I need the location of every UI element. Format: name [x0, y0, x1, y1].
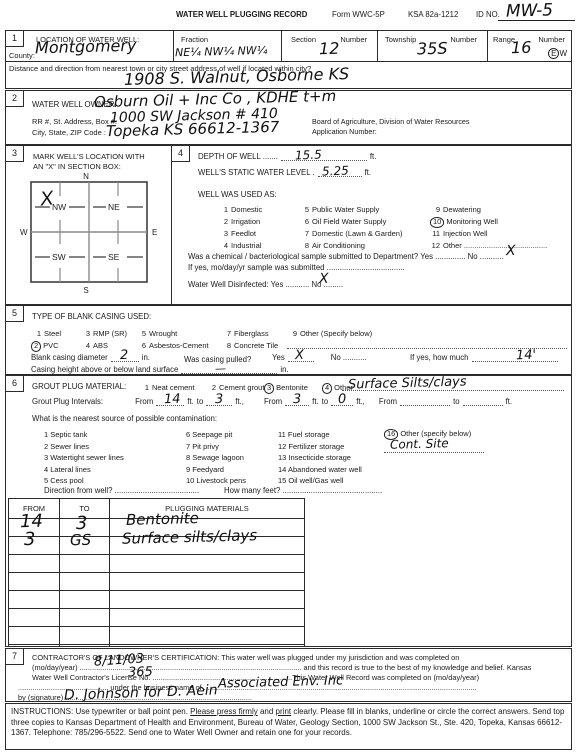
swl-field: 5.25: [318, 167, 362, 177]
interval2-to-handwritten: 0: [338, 392, 347, 407]
use-number: 5: [299, 204, 309, 216]
casing-option-other: 9Other (Specify below): [287, 328, 372, 340]
casing-label: ABS: [93, 341, 108, 350]
use-number-circled: 10: [430, 217, 444, 228]
section6-title: GROUT PLUG MATERIAL:: [32, 382, 126, 391]
grout-number-circled: 4: [322, 383, 332, 394]
grout-intervals-line: Grout Plug Intervals: From14ft. to3ft., …: [32, 396, 512, 406]
contamination-item: 13 Insecticide storage: [278, 452, 362, 464]
uses-column-1: 1Domestic 2Irrigation 3Feedlot 4Industri…: [218, 204, 262, 252]
casing-number: 4: [80, 340, 90, 352]
casing-label: Concrete Tile: [234, 341, 278, 350]
interval3-to-field: [463, 396, 503, 406]
section6-number-badge: 6: [6, 376, 24, 392]
to-label: to: [453, 397, 460, 406]
to-label: to: [197, 397, 204, 406]
how-many-feet-label: How many feet? .........................…: [224, 486, 382, 495]
instructions-text: and: [258, 707, 276, 716]
ft-unit: ft.: [312, 397, 319, 406]
well-location-x-mark: X: [38, 187, 55, 210]
casing-label: RMP (SR): [93, 329, 127, 338]
section2-number-badge: 2: [6, 91, 24, 107]
casing-height-unit: in.: [280, 365, 288, 374]
use-option: 3Feedlot: [218, 228, 262, 240]
quadrant-sw-label: SW: [52, 252, 66, 262]
use-number: 11: [430, 228, 440, 240]
form-title: WATER WELL PLUGGING RECORD: [176, 10, 307, 19]
casing-height-dash-handwritten: —: [215, 362, 226, 375]
range-east-circled: E: [548, 48, 559, 59]
table-row: [9, 573, 305, 591]
casing-diameter-line: Blank casing diameter2in.: [31, 352, 150, 362]
disinfected-no-x-handwritten: X: [319, 271, 329, 287]
quadrant-ne-label: NE: [108, 202, 120, 212]
compass-n-label: N: [83, 172, 89, 181]
county-value-handwritten: Montgomery: [35, 36, 137, 58]
depth-unit: ft.: [370, 152, 377, 161]
city-label: City, State, ZIP Code :: [32, 128, 106, 137]
row2-to-handwritten: GS: [70, 531, 92, 550]
address-label: RR #, St. Address, Box #:: [32, 117, 117, 126]
county-label: County:: [9, 51, 35, 60]
use-number: 2: [218, 216, 228, 228]
section5-casing-box: 5 TYPE OF BLANK CASING USED: 1Steel 2PVC…: [5, 305, 572, 375]
table-row: [9, 555, 305, 573]
use-label: Injection Well: [443, 229, 487, 238]
direction-from-well-label: Direction from well? ...................…: [44, 486, 199, 495]
use-number: 3: [218, 228, 228, 240]
agency-label: Board of Agriculture, Division of Water …: [312, 117, 470, 126]
section7-number-badge: 7: [6, 649, 24, 665]
quadrant-se-label: SE: [108, 252, 120, 262]
casing-col-4: 7Fiberglass 8Concrete Tile: [221, 328, 278, 352]
contamination-col-2: 6 Seepage pit 7 Pit privy 8 Sewage lagoo…: [186, 429, 246, 487]
casing-number: 6: [136, 340, 146, 352]
form-number: Form WWC-5P: [332, 10, 385, 19]
no-label: No ...........: [331, 353, 367, 362]
diameter-unit: in.: [142, 353, 150, 362]
contamination-item: 11 Fuel storage: [278, 429, 362, 441]
casing-number-circled: 2: [31, 341, 41, 352]
ft-unit: ft.: [506, 397, 513, 406]
swl-label: WELL'S STATIC WATER LEVEL .: [198, 168, 315, 177]
chemical-sample-question: Was a chemical / bacteriological sample …: [188, 252, 504, 261]
diameter-value-handwritten: 2: [119, 348, 128, 363]
interval3-from-field: [400, 396, 450, 406]
interval1-from-field: 14: [156, 396, 184, 406]
use-number: 12: [430, 240, 440, 252]
contamination-item: 9 Feedyard: [186, 464, 246, 476]
yes-field: X: [288, 352, 314, 362]
grout-other-dotted-line: [342, 382, 564, 391]
use-number: 4: [218, 240, 228, 252]
section-box-diagram: NW NE SW SE N S W E X: [6, 170, 171, 302]
contamination-item: 4 Lateral lines: [44, 464, 124, 476]
row2-from-handwritten: 3: [24, 529, 36, 550]
how-much-field: 14': [472, 352, 558, 362]
section-number-label: Number: [340, 35, 367, 44]
depth-field: 15.5: [281, 151, 367, 161]
casing-number: 9: [287, 328, 297, 340]
casing-option: 5Wrought: [136, 328, 209, 340]
fraction-value-handwritten: NE¼ NW¼ NW¼: [175, 44, 268, 59]
contamination-col-3: 11 Fuel storage 12 Fertilizer storage 13…: [278, 429, 362, 487]
uses-column-3: 9Dewatering 10Monitoring Well 11Injectio…: [430, 204, 547, 252]
section3-title-line1: MARK WELL'S LOCATION WITH: [33, 152, 145, 161]
contamination-16-dotted-line: [384, 444, 484, 453]
static-water-level-line: WELL'S STATIC WATER LEVEL .5.25ft.: [198, 167, 371, 177]
row2-material-handwritten: Surface silts/clays: [122, 526, 258, 548]
from-label: From: [379, 397, 397, 406]
section-label: Section: [291, 35, 316, 44]
diameter-field: 2: [111, 352, 139, 362]
use-label: Domestic (Lawn & Garden): [312, 229, 402, 238]
casing-option: 7Fiberglass: [221, 328, 278, 340]
contamination-question: What is the nearest source of possible c…: [32, 414, 217, 423]
interval2-from-field: 3: [285, 396, 309, 406]
interval2-from-handwritten: 3: [293, 392, 302, 407]
well-used-as-label: WELL WAS USED AS:: [198, 190, 277, 199]
casing-col-3: 5Wrought 6Asbestos-Cement: [136, 328, 209, 352]
grout-number: 2: [206, 383, 216, 392]
range-east-west: EW: [548, 48, 567, 59]
ft-unit: ft.,: [356, 397, 365, 406]
section4-well-details: 4 DEPTH OF WELL .......15.5ft. WELL'S ST…: [171, 146, 571, 304]
casing-height-label: Casing height above or below land surfac…: [31, 365, 178, 374]
diameter-label: Blank casing diameter: [31, 353, 108, 362]
use-label: Feedlot: [231, 229, 256, 238]
instructions-underlined-press-firmly: Please press firmly: [190, 707, 258, 716]
section-number-cell: Section Number 12: [281, 31, 378, 62]
license-number-handwritten: 365: [128, 665, 153, 681]
grout-label: Cement grout: [219, 383, 264, 392]
ksa-number: KSA 82a-1212: [408, 10, 458, 19]
use-number: 6: [299, 216, 309, 228]
casing-option: 6Asbestos-Cement: [136, 340, 209, 352]
instructions-underlined-print: print: [276, 707, 292, 716]
use-number: 7: [299, 228, 309, 240]
casing-height-line: Casing height above or below land surfac…: [31, 364, 289, 374]
range-value-handwritten: 16: [511, 38, 532, 58]
from-label: From: [135, 397, 153, 406]
casing-option-pvc-circled: 2PVC: [31, 340, 61, 352]
city-value-handwritten: Topeka KS 66612-1367: [106, 118, 280, 141]
section-value-handwritten: 12: [319, 39, 340, 59]
use-label: Irrigation: [231, 217, 260, 226]
use-label: Oil Field Water Supply: [312, 217, 386, 226]
compass-s-label: S: [83, 286, 88, 295]
casing-number: 8: [221, 340, 231, 352]
instructions-text: INSTRUCTIONS: Use typewriter or ball poi…: [11, 707, 190, 716]
casing-option: 8Concrete Tile: [221, 340, 278, 352]
use-option: 11Injection Well: [430, 228, 547, 240]
use-number: 8: [299, 240, 309, 252]
casing-number: 5: [136, 328, 146, 340]
interval1-to-field: 3: [206, 396, 232, 406]
casing-height-field: —: [181, 364, 277, 374]
use-label: Domestic: [231, 205, 262, 214]
use-option: 5Public Water Supply: [299, 204, 402, 216]
casing-col-1: 1Steel 2PVC: [31, 328, 61, 352]
contamination-col-1: 1 Septic tank 2 Sewer lines 3 Watertight…: [44, 429, 124, 487]
casing-option: 3RMP (SR): [80, 328, 127, 340]
county-cell: LOCATION OF WATER WELL: County: Montgome…: [6, 31, 174, 62]
swl-unit: ft.: [365, 168, 372, 177]
id-underline: [498, 6, 575, 21]
section34-box: 3 MARK WELL'S LOCATION WITH AN "X" IN SE…: [5, 145, 572, 305]
casing-pulled-yes-line: YesXNo ...........: [272, 352, 367, 362]
casing-number: 1: [31, 328, 41, 340]
compass-e-label: E: [152, 228, 157, 237]
section7-certification-box: 7 CONTRACTOR'S OF LANDOWNER'S CERTIFICAT…: [5, 648, 572, 702]
grout-number-circled: 3: [264, 383, 274, 394]
use-label: Industrial: [231, 241, 261, 250]
use-option: 7Domestic (Lawn & Garden): [299, 228, 402, 240]
use-label: Public Water Supply: [312, 205, 379, 214]
table-row: [9, 627, 305, 645]
how-much-label: If yes, how much: [410, 353, 469, 362]
section4-number-badge: 4: [172, 146, 190, 162]
table-row: [9, 609, 305, 627]
id-label: ID NO.: [476, 10, 500, 19]
depth-label: DEPTH OF WELL .......: [198, 152, 278, 161]
use-option: 6Oil Field Water Supply: [299, 216, 402, 228]
casing-option: 1Steel: [31, 328, 61, 340]
use-label: Air Conditioning: [312, 241, 365, 250]
grout-option-1: 1Neat cement: [139, 383, 195, 392]
instructions-box: INSTRUCTIONS: Use typewriter or ball poi…: [5, 703, 572, 750]
use-option: 8Air Conditioning: [299, 240, 402, 252]
range-cell: Range Number 16 EW: [487, 31, 571, 62]
section6-grout-box: 6 GROUT PLUG MATERIAL: 1Neat cement 2Cem…: [5, 375, 572, 647]
range-number-label: Number: [538, 35, 565, 44]
uses-column-2: 5Public Water Supply 6Oil Field Water Su…: [299, 204, 402, 252]
casing-col-5: 9Other (Specify below): [287, 328, 372, 340]
casing-label: PVC: [43, 341, 58, 350]
water-well-plugging-record-form: WATER WELL PLUGGING RECORD Form WWC-5P K…: [0, 0, 577, 753]
to-label: to: [322, 397, 329, 406]
chemical-sample-date-line: If yes, mo/day/yr sample was submitted .…: [188, 263, 405, 272]
township-number-label: Number: [450, 35, 477, 44]
application-number-label: Application Number:: [312, 127, 377, 136]
from-label: From: [264, 397, 282, 406]
casing-label: Wrought: [149, 329, 177, 338]
table-row: [9, 645, 305, 648]
table-row: [9, 591, 305, 609]
section1-location-box: 1 LOCATION OF WATER WELL: County: Montgo…: [5, 30, 572, 89]
use-option: 4Industrial: [218, 240, 262, 252]
section3-location-sketch: 3 MARK WELL'S LOCATION WITH AN "X" IN SE…: [6, 146, 171, 304]
casing-pulled-yes-x-handwritten: X: [294, 348, 303, 363]
use-label: Other ..................................…: [443, 241, 547, 250]
row1-material-handwritten: Bentonite: [126, 509, 199, 529]
ft-unit: ft.,: [235, 397, 244, 406]
grout-label: Neat cement: [152, 383, 195, 392]
use-label: Dewatering: [443, 205, 481, 214]
township-label: Township: [385, 35, 416, 44]
casing-label: Fiberglass: [234, 329, 269, 338]
use-label: Monitoring Well: [446, 217, 498, 226]
depth-of-well-line: DEPTH OF WELL .......15.5ft.: [198, 151, 376, 161]
use-option: 2Irrigation: [218, 216, 262, 228]
swl-value-handwritten: 5.25: [321, 164, 348, 179]
section5-number-badge: 5: [6, 306, 24, 322]
township-cell: Township Number 35S: [377, 31, 488, 62]
contamination-item: 2 Sewer lines: [44, 441, 124, 453]
grout-label: Bentonite: [276, 383, 308, 392]
township-value-handwritten: 35S: [417, 39, 448, 59]
casing-label: Asbestos-Cement: [149, 341, 209, 350]
section5-title: TYPE OF BLANK CASING USED:: [32, 312, 151, 321]
interval2-to-field: 0: [331, 396, 353, 406]
yes-label: Yes: [272, 353, 285, 362]
contamination-item: 8 Sewage lagoon: [186, 452, 246, 464]
contamination-item: 1 Septic tank: [44, 429, 124, 441]
contamination-item: 12 Fertilizer storage: [278, 441, 362, 453]
use-option-monitoring-well-circled: 10Monitoring Well: [430, 216, 547, 228]
grout-option-3-circled: 3Bentonite: [264, 383, 308, 394]
section3-number-badge: 3: [6, 146, 24, 162]
contamination-item: 3 Watertight sewer lines: [44, 452, 124, 464]
intervals-label: Grout Plug Intervals:: [32, 397, 103, 406]
compass-w-label: W: [20, 228, 28, 237]
range-west: W: [559, 49, 567, 58]
interval1-to-handwritten: 3: [215, 392, 224, 407]
grout-number: 1: [139, 383, 149, 392]
use-option: 1Domestic: [218, 204, 262, 216]
chemical-sample-no-x-handwritten: X: [506, 243, 516, 259]
fraction-label: Fraction: [181, 35, 208, 44]
section2-owner-box: 2 WATER WELL OWNER: Osburn Oil + Inc Co …: [5, 90, 572, 145]
casing-number: 7: [221, 328, 231, 340]
contamination-item: 14 Abandoned water well: [278, 464, 362, 476]
use-option: 12Other ................................…: [430, 240, 547, 252]
use-option: 9Dewatering: [430, 204, 547, 216]
depth-value-handwritten: 15.5: [295, 148, 322, 163]
grout-option-2: 2Cement grout: [206, 383, 264, 392]
casing-label: Other (Specify below): [300, 329, 372, 338]
ft-unit: ft.: [187, 397, 194, 406]
how-much-line: If yes, how much14': [410, 352, 558, 362]
casing-number: 3: [80, 328, 90, 340]
interval1-from-handwritten: 14: [164, 392, 181, 408]
contamination-item: 7 Pit privy: [186, 441, 246, 453]
use-number: 9: [430, 204, 440, 216]
fraction-cell: Fraction NE¼ NW¼ NW¼: [173, 31, 282, 62]
how-much-value-handwritten: 14': [515, 348, 536, 364]
use-number: 1: [218, 204, 228, 216]
casing-label: Steel: [44, 329, 61, 338]
contamination-item: 6 Seepage pit: [186, 429, 246, 441]
